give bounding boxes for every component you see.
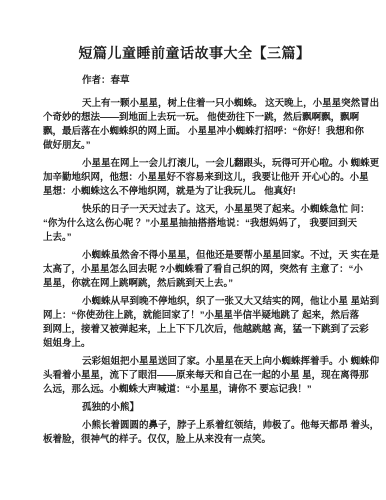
story-line: 星想：小蜘蛛这么不停地织网，就是为了让我玩儿。 他真好! bbox=[43, 185, 346, 199]
story-line: 么远，那么远。小蜘蛛大声喊道：“小星星，请你不 要忘记我！” bbox=[43, 383, 346, 397]
story-paragraph: 小蜘蛛从早到晚不停地织，织了一张又大又结实的网，他让小星 星站到网上：“你使劲往… bbox=[43, 295, 346, 351]
story-paragraph: 小星星在网上一会儿打滚儿，一会儿翻跟头，玩得可开心啦。小 蜘蛛更加辛勤地织网，他… bbox=[43, 157, 346, 199]
story-line: 小蜘蛛从早到晚不停地织，织了一张又大又结实的网，他让小星 星站到 bbox=[43, 295, 346, 309]
story-paragraph: 云彩姐姐把小星星送回了家。小星星在天上向小蜘蛛挥着手。小 蜘蛛仰头看着小星星，流… bbox=[43, 355, 346, 397]
story-line: 姐姐身上。 bbox=[43, 337, 346, 351]
story-line: 上去。” bbox=[43, 231, 346, 245]
story-line: 小熊长着圆圆的鼻子，脖子上系着红领结，帅极了。他每天都昂 着头， bbox=[43, 419, 346, 433]
story-line: 到网上，接着又被弹起来，上上下下几次后，他越跳越 高，猛一下跳到了云彩 bbox=[43, 323, 346, 337]
story-line: 孤独的小熊】 bbox=[43, 401, 346, 415]
author-line: 作者：春草 bbox=[43, 75, 346, 87]
story-line: 快乐的日子一天天过去了。这天，小星星哭了起来。小蜘蛛急忙 问： bbox=[43, 203, 346, 217]
story-line: 个奇妙的想法——到地面上去玩一玩。 他使劲往下一跳，然后飘啊飘，飘啊 bbox=[43, 111, 346, 125]
story-line: “你为什么这么伤心呢 ？”小星星抽抽搭搭地说：“我想妈妈了， 我要回到天 bbox=[43, 217, 346, 231]
story-line: 头看着小星星，流下了眼泪——原来每天和自己在一起的小星 星，现在离得那 bbox=[43, 369, 346, 383]
story-line: 做好朋友。” bbox=[43, 139, 346, 153]
story-line: 板着脸，很神气的样子。仅仅，脸上从来没有一点笑。 bbox=[43, 433, 346, 447]
story-paragraph: 天上有一颗小星星，树上住着一只小蜘蛛。 这天晚上，小星星突然冒出个奇妙的想法——… bbox=[43, 97, 346, 153]
story-body: 天上有一颗小星星，树上住着一只小蜘蛛。 这天晚上，小星星突然冒出个奇妙的想法——… bbox=[43, 97, 346, 447]
story-line: 网上：“你使劲往上跳，就能回家了！”小星星半信半疑地跳了 起来，然后落 bbox=[43, 309, 346, 323]
story-paragraph: 孤独的小熊】 bbox=[43, 401, 346, 415]
story-paragraph: 小熊长着圆圆的鼻子，脖子上系着红领结，帅极了。他每天都昂 着头，板着脸，很神气的… bbox=[43, 419, 346, 447]
story-line: 小星星在网上一会儿打滚儿，一会儿翻跟头，玩得可开心啦。小 蜘蛛更 bbox=[43, 157, 346, 171]
story-line: 小蜘蛛虽然舍不得小星星，但他还是要帮小星星回家。不过，天 实在是 bbox=[43, 249, 346, 263]
story-line: 太高了，小星星怎么回去呢 ?小蜘蛛看了看自己织的网，突然有 主意了：“小 bbox=[43, 263, 346, 277]
story-paragraph: 小蜘蛛虽然舍不得小星星，但他还是要帮小星星回家。不过，天 实在是太高了，小星星怎… bbox=[43, 249, 346, 291]
document-page: 短篇儿童睡前童话故事大全【三篇】 作者：春草 天上有一颗小星星，树上住着一只小蜘… bbox=[0, 0, 386, 500]
story-line: 天上有一颗小星星，树上住着一只小蜘蛛。 这天晚上，小星星突然冒出 bbox=[43, 97, 346, 111]
story-line: 云彩姐姐把小星星送回了家。小星星在天上向小蜘蛛挥着手。小 蜘蛛仰 bbox=[43, 355, 346, 369]
document-title: 短篇儿童睡前童话故事大全【三篇】 bbox=[43, 44, 346, 62]
story-line: 飘，最后落在小蜘蛛织的网上面。 小星星冲小蜘蛛打招呼：“你好！我想和你 bbox=[43, 125, 346, 139]
story-line: 星星，你就在网上跳啊跳，然后跳到天上去。” bbox=[43, 277, 346, 291]
story-paragraph: 快乐的日子一天天过去了。这天，小星星哭了起来。小蜘蛛急忙 问：“你为什么这么伤心… bbox=[43, 203, 346, 245]
story-line: 加辛勤地织网，他想：小星星好不容易来到这儿，我要让他开 开心心的。小星 bbox=[43, 171, 346, 185]
